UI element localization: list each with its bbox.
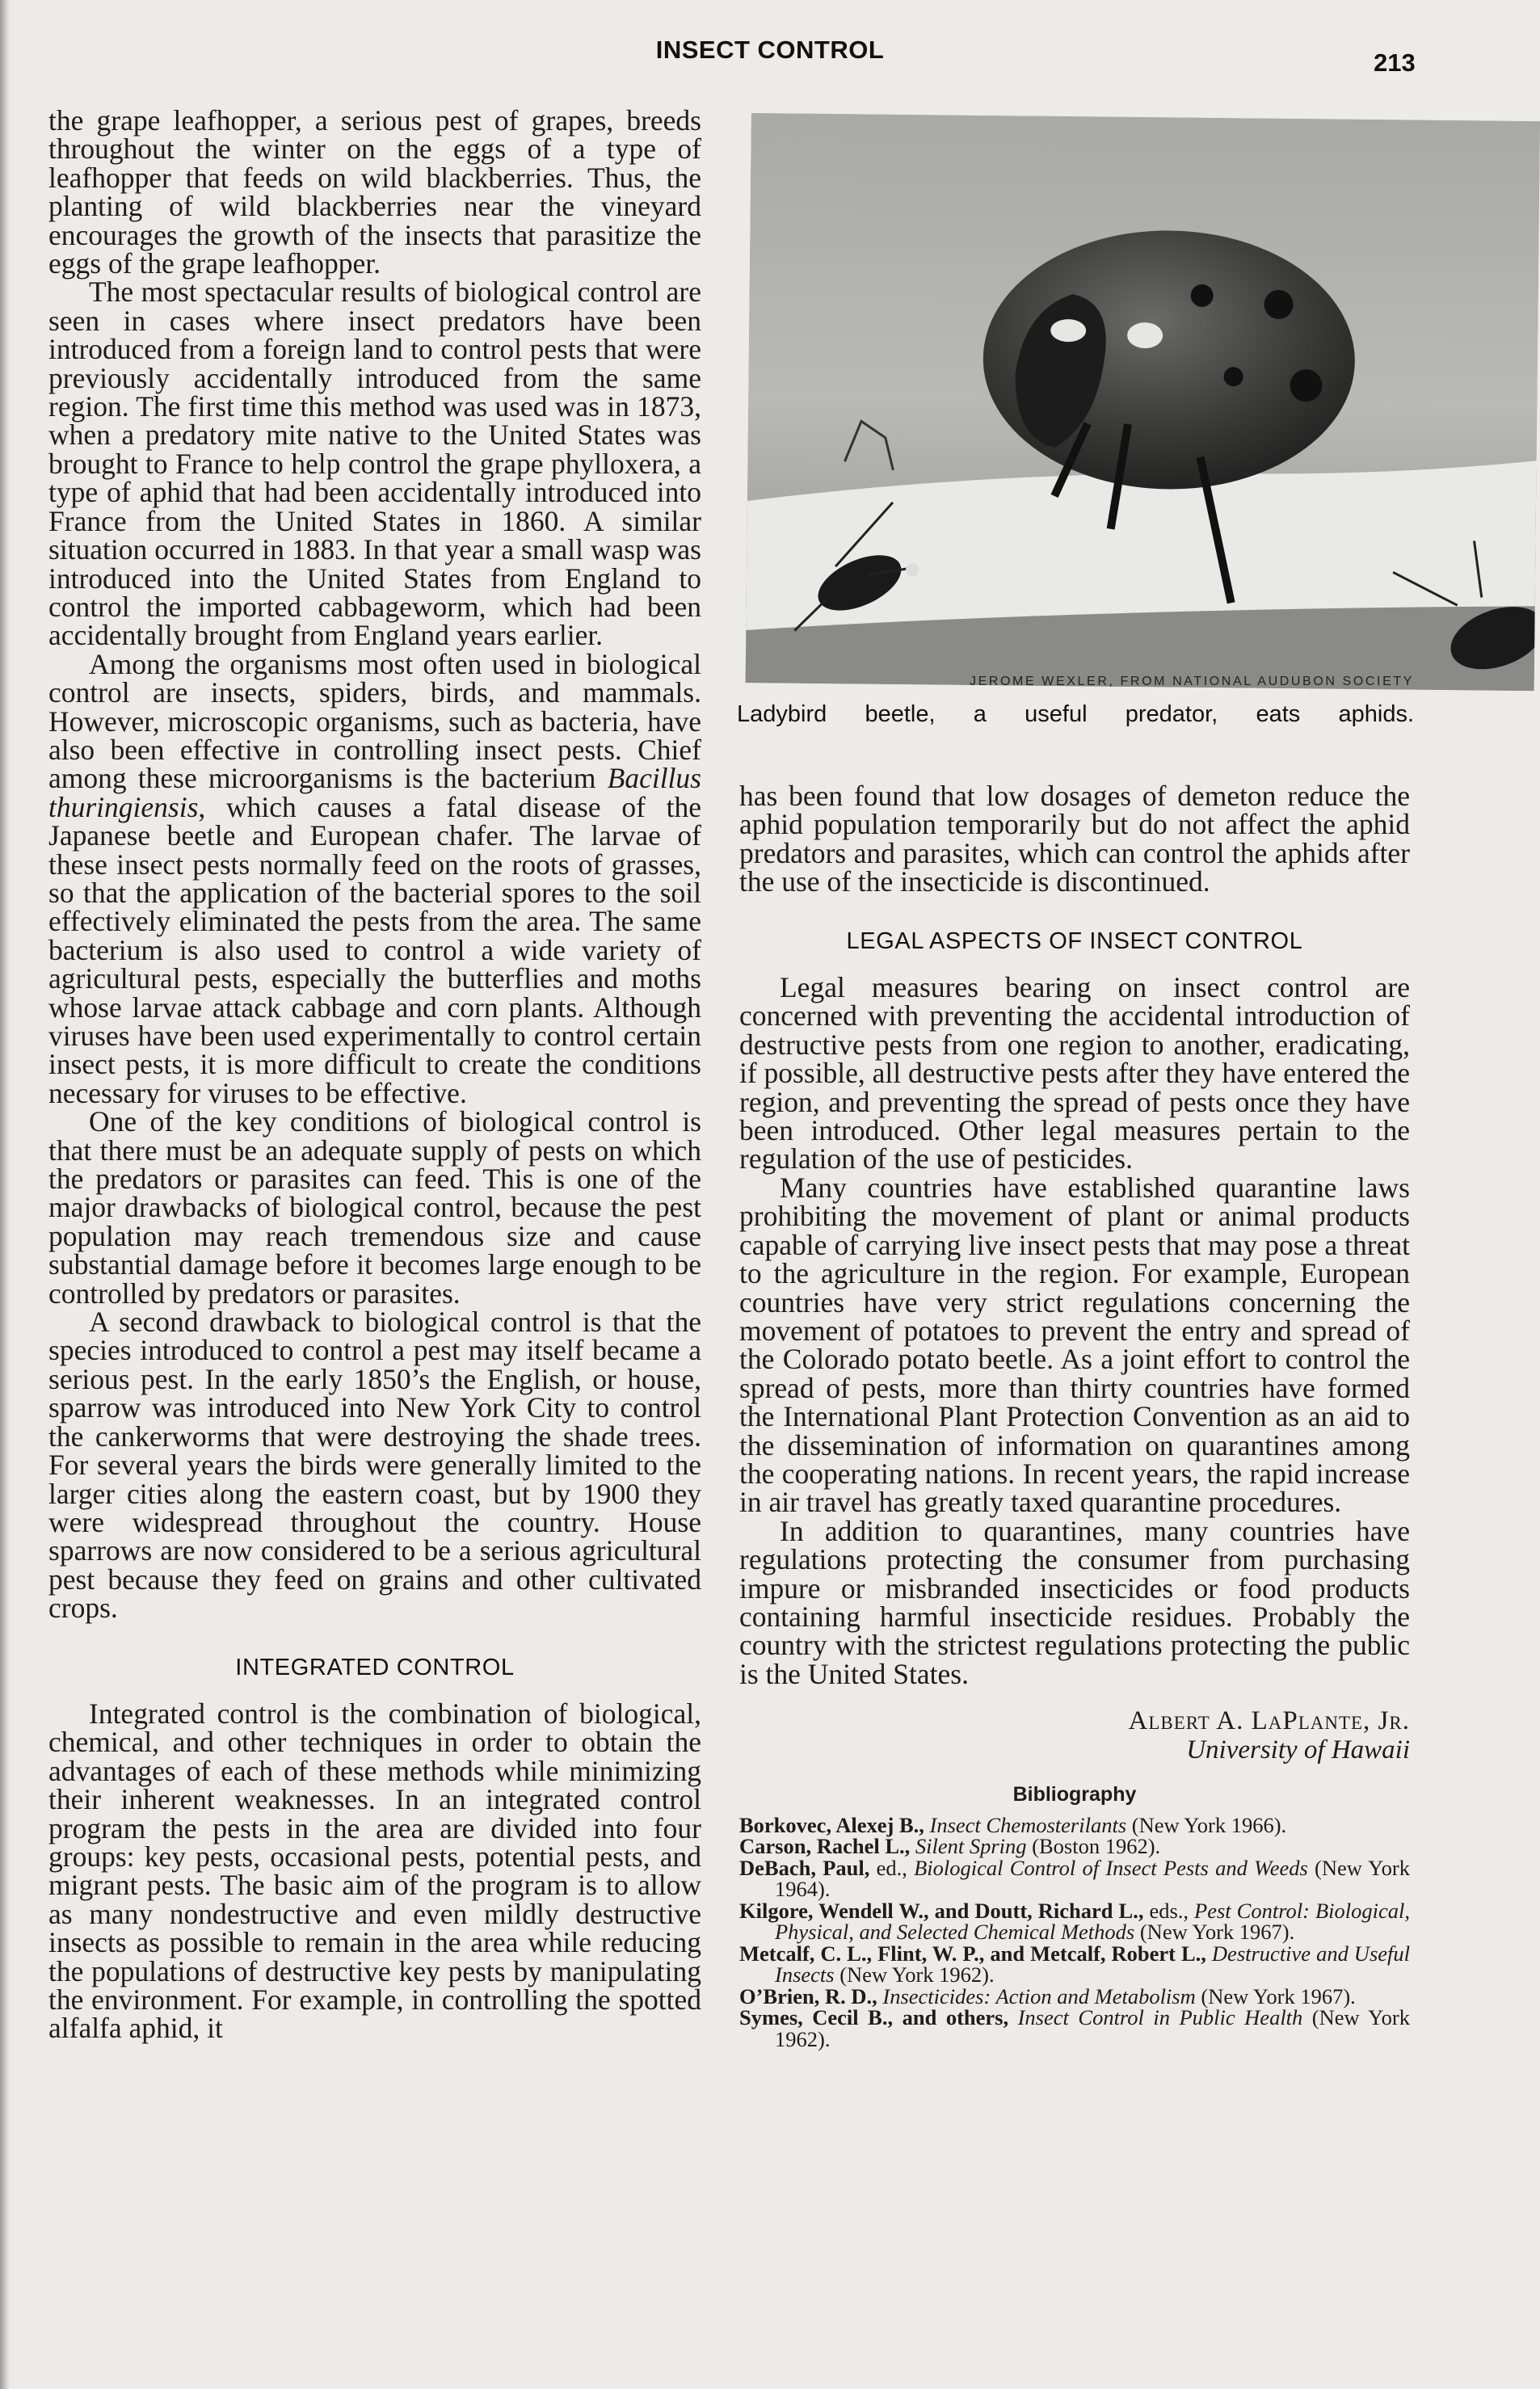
section-heading-legal-aspects: LEGAL ASPECTS OF INSECT CONTROL xyxy=(739,927,1410,956)
photo-credit: JEROME WEXLER, FROM NATIONAL AUDUBON SOC… xyxy=(929,675,1414,689)
paragraph: Among the organisms most often used in b… xyxy=(48,650,701,1108)
paragraph: Integrated control is the combination of… xyxy=(48,1700,701,2043)
byline: Albert A. LaPlante, Jr. University of Ha… xyxy=(739,1706,1410,1764)
paragraph: In addition to quarantines, many countri… xyxy=(739,1517,1410,1689)
photo-caption: Ladybird beetle, a useful predator, eats… xyxy=(737,701,1414,728)
paragraph: Many countries have established quaranti… xyxy=(739,1174,1410,1517)
paragraph: has been found that low dosages of demet… xyxy=(739,782,1410,897)
bibliography-entry: O’Brien, R. D., Insecticides: Action and… xyxy=(739,1986,1410,2008)
running-title: INSECT CONTROL xyxy=(0,36,1540,65)
paragraph: The most spectacular results of biologic… xyxy=(48,278,701,650)
paragraph: A second drawback to biological control … xyxy=(48,1308,701,1622)
bibliography-entry: Kilgore, Wendell W., and Doutt, Richard … xyxy=(739,1900,1410,1943)
page-number: 213 xyxy=(1374,48,1416,78)
paragraph: Legal measures bearing on insect control… xyxy=(739,974,1410,1174)
left-column: the grape leafhopper, a serious pest of … xyxy=(48,107,701,2043)
bibliography-entry: Carson, Rachel L., Silent Spring (Boston… xyxy=(739,1836,1410,1857)
bibliography-entry: DeBach, Paul, ed., Biological Control of… xyxy=(739,1857,1410,1900)
bibliography-entry: Metcalf, C. L., Flint, W. P., and Metcal… xyxy=(739,1943,1410,1986)
author-affiliation: University of Hawaii xyxy=(739,1735,1410,1764)
bibliography-entry: Borkovec, Alexej B., Insect Chemosterila… xyxy=(739,1815,1410,1836)
ladybird-beetle-photo xyxy=(746,113,1540,691)
section-heading-integrated-control: INTEGRATED CONTROL xyxy=(48,1654,701,1682)
paragraph: One of the key conditions of biological … xyxy=(48,1108,701,1308)
bibliography-list: Borkovec, Alexej B., Insect Chemosterila… xyxy=(739,1815,1410,2050)
bibliography-heading: Bibliography xyxy=(739,1781,1410,1809)
bibliography-entry: Symes, Cecil B., and others, Insect Cont… xyxy=(739,2007,1410,2050)
beetle-illustration-icon xyxy=(746,113,1540,691)
author-name: Albert A. LaPlante, Jr. xyxy=(739,1706,1410,1735)
right-column: has been found that low dosages of demet… xyxy=(739,782,1410,2050)
page-binding-edge xyxy=(0,0,10,2389)
paragraph: the grape leafhopper, a serious pest of … xyxy=(48,107,701,278)
